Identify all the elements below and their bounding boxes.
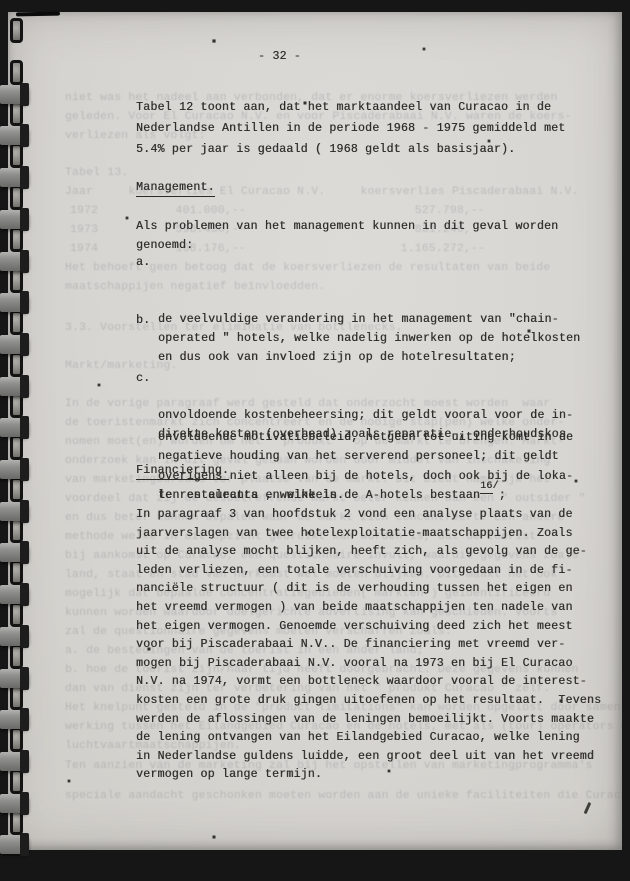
list-item-label: b. (136, 311, 150, 330)
scanned-page: niet was het nadeel aan verbonden, dat e… (8, 12, 622, 850)
heading-underlined-text: Financiering. (136, 464, 229, 480)
binding-comb-finger (0, 460, 29, 479)
binding-comb-finger (0, 418, 29, 437)
binding-comb-finger (0, 585, 29, 604)
text-line: N.V. na 1974, vormt een bottleneck waard… (136, 673, 601, 692)
binding-comb-finger (0, 335, 29, 354)
text-line: de lening ontvangen van het Eilandgebied… (136, 729, 601, 748)
binding-comb-finger (0, 835, 29, 854)
text-line: Nederlandse Antillen in de periode 1968 … (136, 118, 565, 139)
section-heading-financiering: Financiering. (136, 464, 229, 480)
text-line: het eigen vermogen. Genoemde verschuivin… (136, 618, 601, 637)
binding-comb-finger (0, 543, 29, 562)
binding-comb-finger (0, 168, 29, 187)
intro-paragraph: Tabel 12 toont aan, dat het marktaandeel… (136, 97, 565, 160)
text-line: werden de aflossingen van de leningen be… (136, 711, 601, 730)
text-line: het vreemd vermogen ) van beide maatscha… (136, 599, 601, 618)
text-line: nanciële structuur ( dit is de verhoudin… (136, 580, 601, 599)
text-line: 5.4% per jaar is gedaald ( 1968 geldt al… (136, 139, 565, 160)
text-line: In paragraaf 3 van hoofdstuk 2 vond een … (136, 506, 601, 525)
page-number: - 32 - (258, 50, 301, 63)
binding-comb-finger (0, 669, 29, 688)
binding-comb-finger (0, 210, 29, 229)
text-line: vermogen op lange termijn. (136, 766, 601, 785)
text-line: in Nederlandse guldens luidde, een groot… (136, 748, 601, 767)
binding-comb-finger (0, 126, 29, 145)
management-intro-paragraph: Als problemen van het management kunnen … (136, 217, 558, 255)
binding-comb-finger (0, 85, 29, 104)
text-line: voor bij Piscaderabaai N.V.. De financie… (136, 636, 601, 655)
financiering-paragraph: In paragraaf 3 van hoofdstuk 2 vond een … (136, 506, 601, 785)
text-line: jaarverslagen van twee hotelexploitatie-… (136, 525, 601, 544)
text-line: onvoldoende motivatiebeleid, hetgeen tot… (158, 428, 573, 448)
text-line: kosten een grote druk gingen uitoefenen … (136, 692, 601, 711)
bleed-through-line: Tabel 13. (65, 167, 128, 179)
heading-underlined-text: Management. (136, 181, 215, 197)
bleed-through-line: speciale aandacht geschonken moeten word… (65, 790, 622, 802)
list-item-label: a. (136, 253, 150, 272)
text-line: mogen bij Piscaderabaai N.V. vooral na 1… (136, 655, 601, 674)
binding-comb-finger (0, 252, 29, 271)
binding-hole (10, 18, 23, 43)
binding-comb-finger (0, 377, 29, 396)
binding-comb-finger (0, 293, 29, 312)
binding-comb-finger (0, 710, 29, 729)
text-line: Tabel 12 toont aan, dat het marktaandeel… (136, 97, 565, 118)
binding-comb-finger (0, 752, 29, 771)
text-line: le restaurants en winkels. (158, 486, 573, 506)
binding-comb-finger (0, 502, 29, 521)
binding-comb-finger (0, 627, 29, 646)
text-line: uit de analyse mocht blijken, heeft zich… (136, 543, 601, 562)
list-item-label: c. (136, 369, 150, 389)
bleed-through-line: 1972 401.000,-- 527.798,-- (70, 205, 485, 217)
text-line: Als problemen van het management kunnen … (136, 217, 558, 236)
section-heading-management: Management. (136, 181, 215, 197)
binding-hole (10, 60, 23, 85)
text-line: leden verliezen, een totale verschuiving… (136, 562, 601, 581)
comb-binding (0, 0, 36, 881)
binding-comb-finger (0, 794, 29, 813)
